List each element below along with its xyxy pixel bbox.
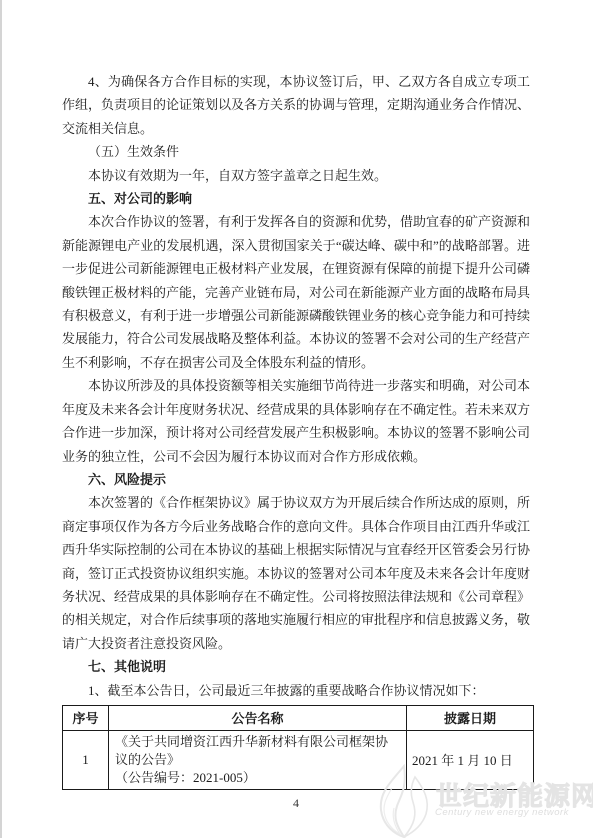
table-header-no: 序号: [63, 705, 109, 730]
heading-other-notes: 七、其他说明: [62, 655, 530, 678]
page-number: 4: [62, 796, 530, 811]
paragraph-risk: 本次签署的《合作框架协议》属于协议双方为开展后续合作所达成的原则，所商定事项仅作…: [62, 491, 530, 655]
heading-company-impact: 五、对公司的影响: [62, 187, 530, 210]
announcement-number-line: （公告编号：2021-005）: [115, 769, 400, 787]
table-header-date: 披露日期: [407, 705, 534, 730]
disclosure-table: 序号 公告名称 披露日期 1 《关于共同增资江西升华新材料有限公司框架协议的公告…: [62, 705, 534, 790]
paragraph-other-intro: 1、截至本公告日，公司最近三年披露的重要战略合作协议情况如下：: [62, 679, 530, 702]
table-header-name: 公告名称: [109, 705, 407, 730]
table-cell-date: 2021 年 1 月 10 日: [407, 730, 534, 789]
page-left-edge: [0, 0, 2, 838]
paragraph-impact-1: 本次合作协议的签署，有利于发挥各自的资源和优势，借助宜春的矿产资源和新能源锂电产…: [62, 210, 530, 374]
table-header-row: 序号 公告名称 披露日期: [63, 705, 534, 730]
heading-risk-notice: 六、风险提示: [62, 468, 530, 491]
table-row: 1 《关于共同增资江西升华新材料有限公司框架协议的公告》 （公告编号：2021-…: [63, 730, 534, 789]
table-cell-no: 1: [63, 730, 109, 789]
announcement-title-line: 《关于共同增资江西升华新材料有限公司框架协议的公告》: [115, 733, 400, 769]
paragraph-impact-2: 本协议所涉及的具体投资额等相关实施细节尚待进一步落实和明确，对公司本年度及未来各…: [62, 374, 530, 468]
paragraph-effective-term: 本协议有效期为一年，自双方签字盖章之日起生效。: [62, 164, 530, 187]
table-cell-announcement-name: 《关于共同增资江西升华新材料有限公司框架协议的公告》 （公告编号：2021-00…: [109, 730, 407, 789]
subheading-effective-conditions: （五）生效条件: [62, 140, 530, 163]
document-body: 4、为确保各方合作目标的实现，本协议签订后，甲、乙双方各自成立专项工作组，负责项…: [62, 70, 530, 811]
paragraph-workgroup: 4、为确保各方合作目标的实现，本协议签订后，甲、乙双方各自成立专项工作组，负责项…: [62, 70, 530, 140]
